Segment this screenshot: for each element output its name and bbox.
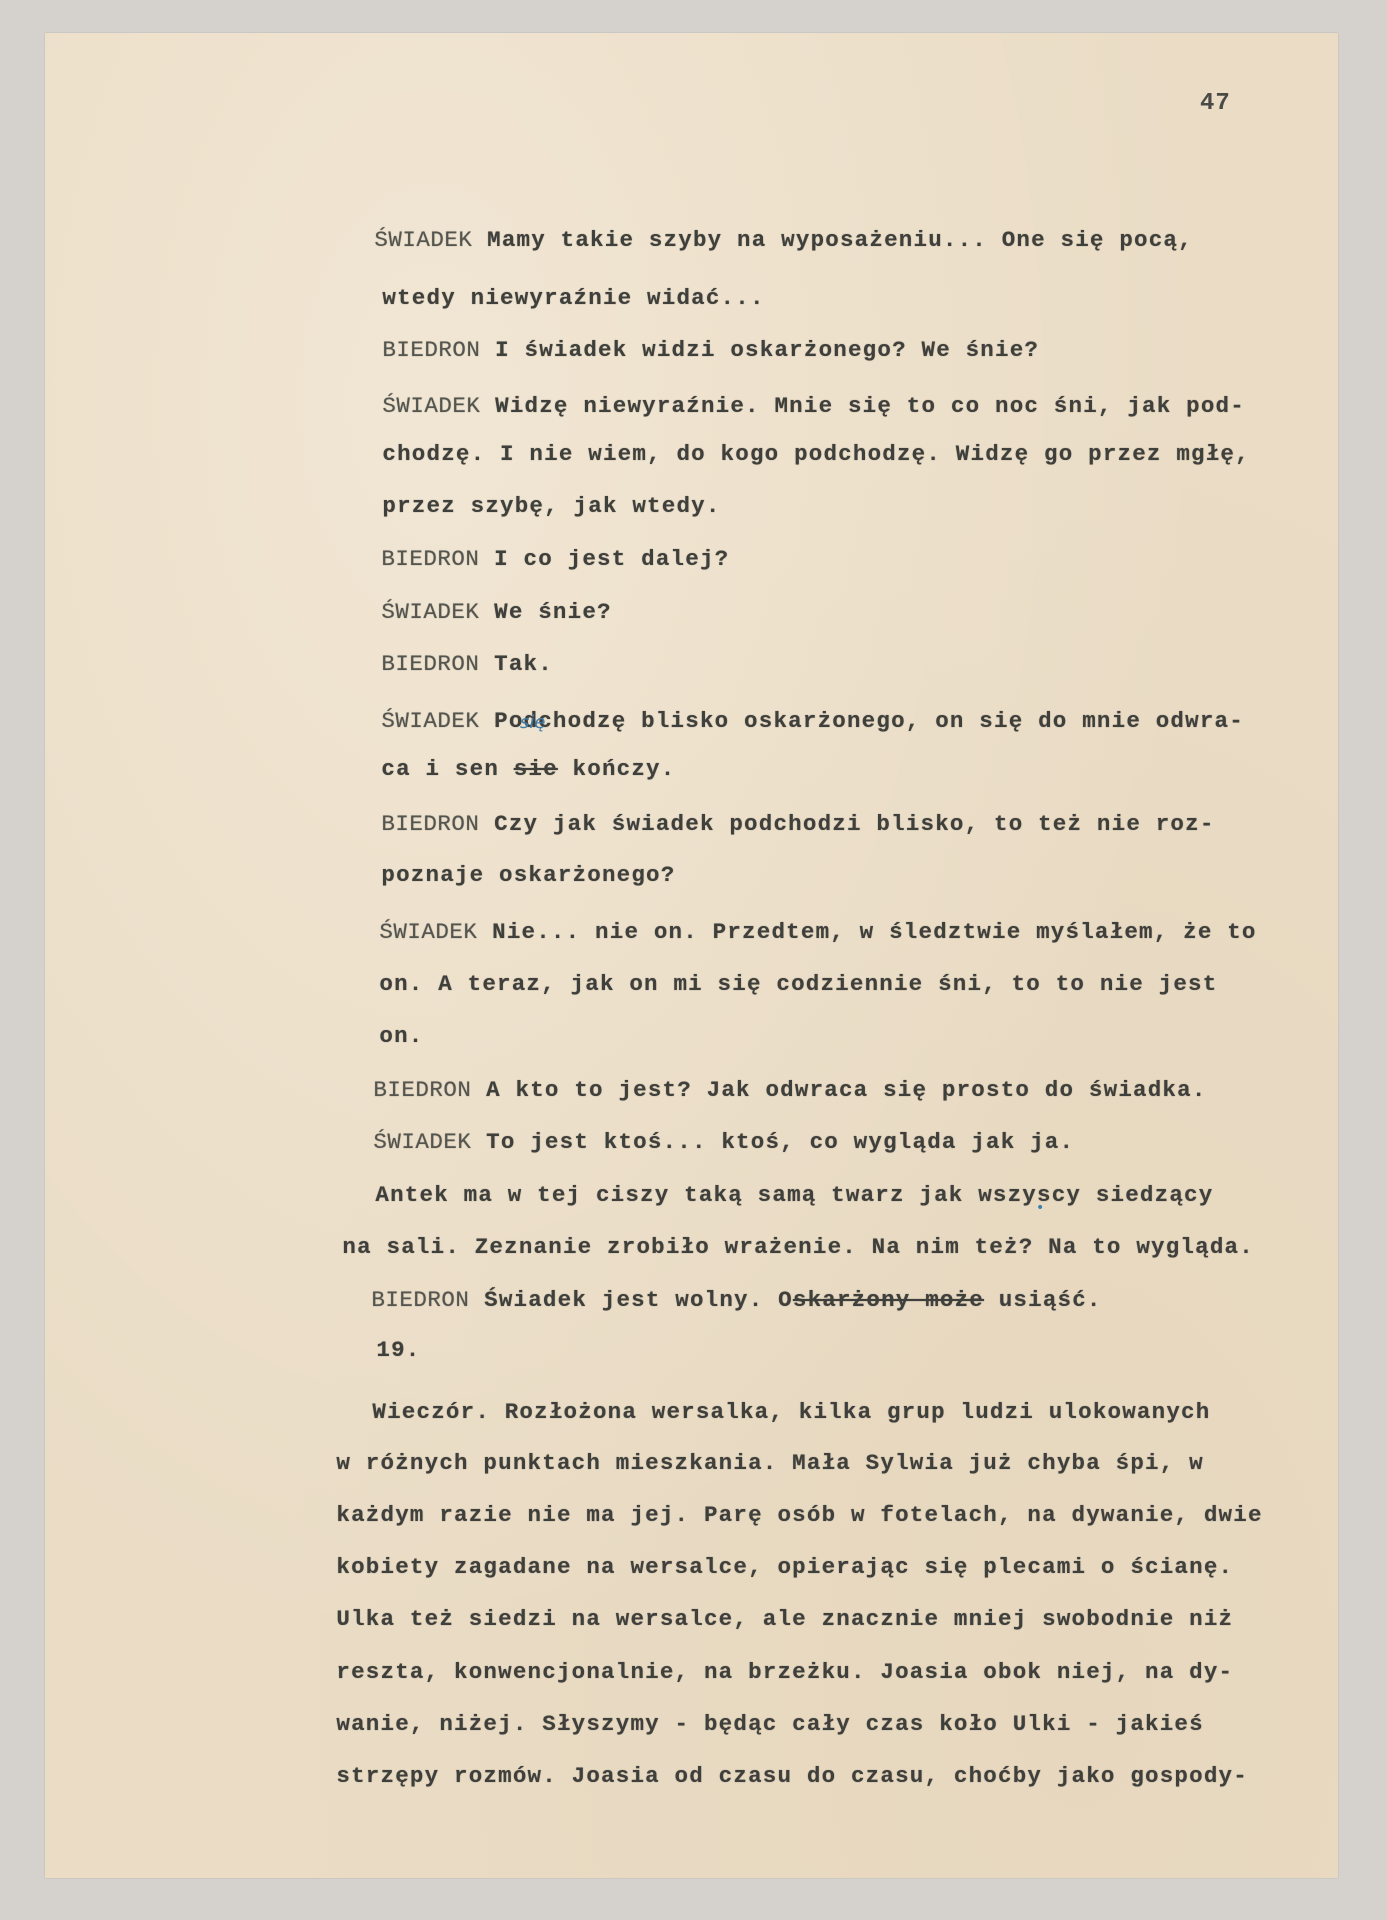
dialogue-line: ŚWIADEK Mamy takie szyby na wyposażeniu.… bbox=[345, 206, 1193, 251]
dialogue-line: przez szybę, jak wtedy. bbox=[353, 472, 721, 517]
struck-text: sie bbox=[514, 756, 558, 782]
speaker-label: ŚWIADEK bbox=[381, 708, 479, 734]
dialogue-line: BIEDRON A kto to jest? Jak odwraca się p… bbox=[344, 1056, 1207, 1101]
line-text: Świadek jest wolny. O bbox=[484, 1287, 793, 1313]
line-text: A kto to jest? Jak odwraca się prosto do… bbox=[486, 1077, 1206, 1103]
speaker-label: ŚWIADEK bbox=[381, 599, 479, 625]
line-text: ca i sen bbox=[381, 756, 513, 782]
stage-direction-line: wanie, niżej. Słyszymy - będąc cały czas… bbox=[307, 1690, 1204, 1735]
line-text: Widzę niewyraźnie. Mnie się to co noc śn… bbox=[495, 393, 1245, 419]
stage-direction-line: na sali. Zeznanie zrobiło wrażenie. Na n… bbox=[313, 1213, 1254, 1258]
line-text: Ulka też siedzi na wersalce, ale znaczni… bbox=[336, 1606, 1233, 1632]
line-text: wanie, niżej. Słyszymy - będąc cały czas… bbox=[336, 1711, 1203, 1737]
scene-number: 19. bbox=[347, 1316, 421, 1361]
dialogue-line: ŚWIADEK Widzę niewyraźnie. Mnie się to c… bbox=[353, 372, 1245, 417]
line-text: Podchodzę blisko oskarżonego, on się do … bbox=[494, 708, 1244, 734]
line-text: Wieczór. Rozłożona wersalka, kilka grup … bbox=[372, 1399, 1210, 1425]
stage-direction-line: Ulka też siedzi na wersalce, ale znaczni… bbox=[307, 1585, 1233, 1630]
speaker-label: BIEDRON bbox=[373, 1077, 471, 1103]
handwritten-correction: się bbox=[520, 712, 545, 733]
line-text: przez szybę, jak wtedy. bbox=[382, 493, 720, 519]
stage-direction-line: strzępy rozmów. Joasia od czasu do czasu… bbox=[307, 1742, 1248, 1787]
speaker-label: BIEDRON bbox=[381, 811, 479, 837]
speaker-label: ŚWIADEK bbox=[382, 393, 480, 419]
stage-direction-line: Antek ma w tej ciszy taką samą twarz jak… bbox=[346, 1161, 1213, 1206]
line-text: każdym razie nie ma jej. Parę osób w fot… bbox=[336, 1502, 1262, 1528]
stage-direction-line: reszta, konwencjonalnie, na brzeżku. Joa… bbox=[307, 1638, 1233, 1683]
speaker-label: BIEDRON bbox=[381, 546, 479, 572]
dialogue-line: BIEDRON Czy jak świadek podchodzi blisko… bbox=[352, 790, 1215, 835]
dialogue-line: ca i sen sie kończy. bbox=[352, 735, 675, 780]
line-text: Antek ma w tej ciszy taką samą twarz jak… bbox=[375, 1182, 1213, 1208]
line-text: chodzę. I nie wiem, do kogo podchodzę. W… bbox=[382, 441, 1249, 467]
line-text: We śnie? bbox=[494, 599, 612, 625]
handwritten-accent-mark: • bbox=[1036, 1200, 1044, 1216]
speaker-label: ŚWIADEK bbox=[374, 227, 472, 253]
speaker-label: ŚWIADEK bbox=[379, 919, 477, 945]
line-text: poznaje oskarżonego? bbox=[381, 862, 675, 888]
dialogue-line: BIEDRON Świadek jest wolny. Oskarżony mo… bbox=[342, 1266, 1102, 1311]
dialogue-line: poznaje oskarżonego? bbox=[352, 841, 675, 886]
line-text: Nie... nie on. Przedtem, w śledztwie myś… bbox=[492, 919, 1257, 945]
dialogue-line: BIEDRON I co jest dalej? bbox=[352, 525, 729, 570]
line-text: Mamy takie szyby na wyposażeniu... One s… bbox=[487, 227, 1193, 253]
line-text: w różnych punktach mieszkania. Mała Sylw… bbox=[336, 1450, 1203, 1476]
dialogue-line: BIEDRON I świadek widzi oskarżonego? We … bbox=[353, 316, 1039, 361]
dialogue-line: BIEDRON Tak. bbox=[352, 630, 553, 675]
line-text: 19. bbox=[376, 1337, 420, 1363]
dialogue-line: ŚWIADEK Nie... nie on. Przedtem, w śledz… bbox=[350, 898, 1257, 943]
stage-direction-line: kobiety zagadane na wersalce, opierając … bbox=[307, 1533, 1233, 1578]
line-text: kobiety zagadane na wersalce, opierając … bbox=[336, 1554, 1233, 1580]
stage-direction-line: Wieczór. Rozłożona wersalka, kilka grup … bbox=[343, 1378, 1210, 1423]
line-text: Czy jak świadek podchodzi blisko, to też… bbox=[494, 811, 1214, 837]
line-text: I świadek widzi oskarżonego? We śnie? bbox=[495, 337, 1039, 363]
dialogue-line: on. A teraz, jak on mi się codziennie śn… bbox=[350, 950, 1217, 995]
line-text: To jest ktoś... ktoś, co wygląda jak ja. bbox=[486, 1129, 1074, 1155]
line-text: Tak. bbox=[494, 651, 553, 677]
struck-text: skarżony może bbox=[793, 1287, 984, 1313]
speaker-label: BIEDRON bbox=[381, 651, 479, 677]
speaker-label: ŚWIADEK bbox=[373, 1129, 471, 1155]
line-text: I co jest dalej? bbox=[494, 546, 729, 572]
line-text: wtedy niewyraźnie widać... bbox=[382, 285, 764, 311]
speaker-label: BIEDRON bbox=[382, 337, 480, 363]
dialogue-line: wtedy niewyraźnie widać... bbox=[353, 264, 765, 309]
line-text: usiąść. bbox=[984, 1287, 1102, 1313]
line-text: on. bbox=[379, 1023, 423, 1049]
dialogue-line: ŚWIADEK We śnie? bbox=[352, 578, 612, 623]
dialogue-line: chodzę. I nie wiem, do kogo podchodzę. W… bbox=[353, 420, 1250, 465]
line-text: kończy. bbox=[558, 756, 676, 782]
page-number: 47 bbox=[1200, 90, 1231, 117]
line-text: na sali. Zeznanie zrobiło wrażenie. Na n… bbox=[342, 1234, 1254, 1260]
stage-direction-line: w różnych punktach mieszkania. Mała Sylw… bbox=[307, 1429, 1204, 1474]
line-text: on. A teraz, jak on mi się codziennie śn… bbox=[379, 971, 1217, 997]
dialogue-line: on. bbox=[350, 1002, 424, 1047]
speaker-label: BIEDRON bbox=[371, 1287, 469, 1313]
line-text: strzępy rozmów. Joasia od czasu do czasu… bbox=[336, 1763, 1248, 1789]
line-text: reszta, konwencjonalnie, na brzeżku. Joa… bbox=[336, 1659, 1233, 1685]
dialogue-line: ŚWIADEK Podchodzę blisko oskarżonego, on… bbox=[352, 687, 1244, 732]
stage-direction-line: każdym razie nie ma jej. Parę osób w fot… bbox=[307, 1481, 1263, 1526]
dialogue-line: ŚWIADEK To jest ktoś... ktoś, co wygląda… bbox=[344, 1108, 1074, 1153]
